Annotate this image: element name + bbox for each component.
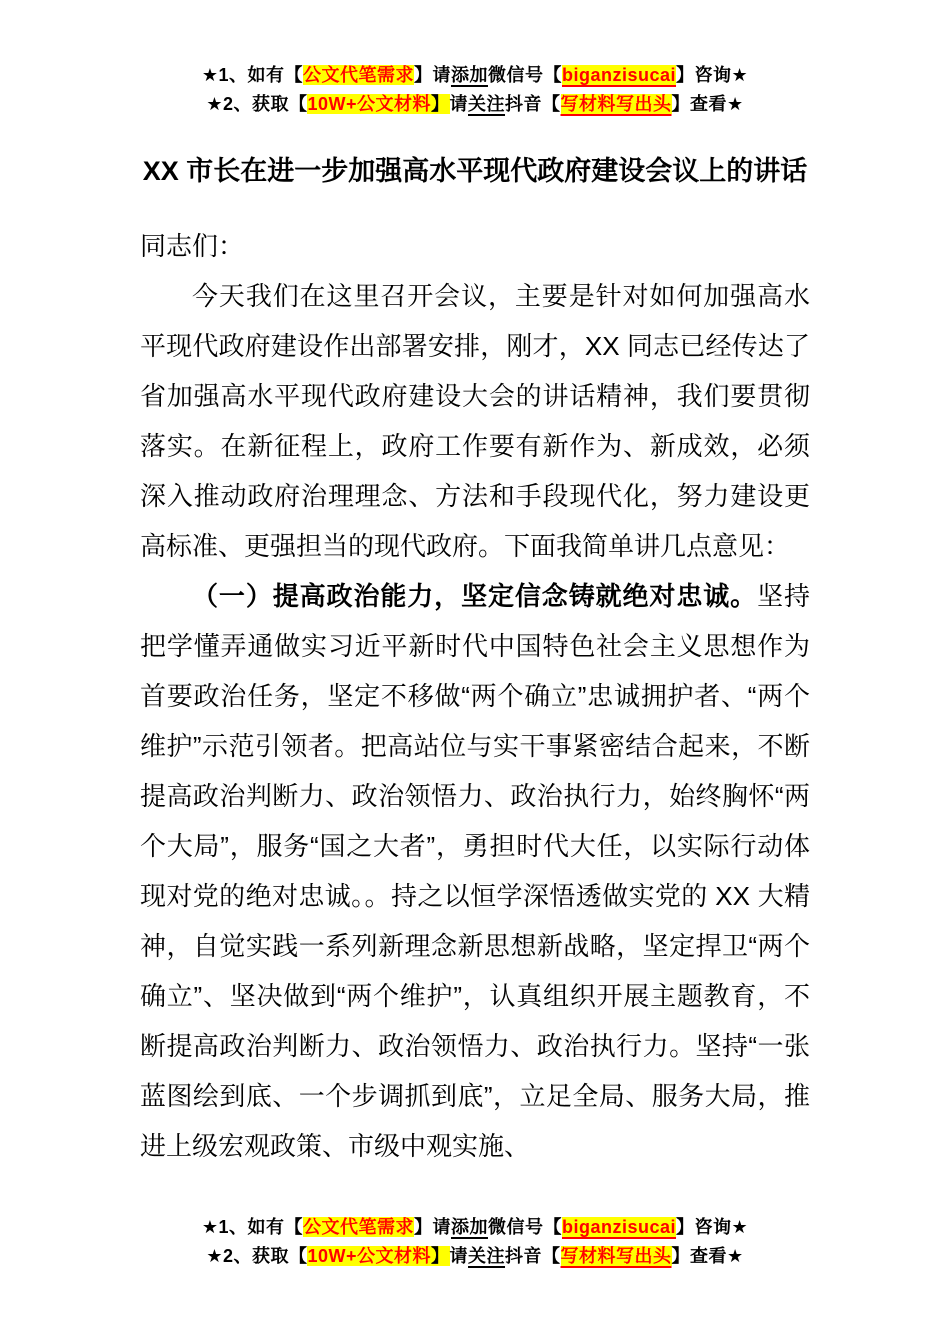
paragraph: 同志们： [140,221,810,271]
promo-text-run: 10W+公文材料 [307,1246,431,1266]
text-run: 坚持把学懂弄通做实习近平新时代中国特色社会主义思想作为首要政治任务，坚定不移做“… [140,581,810,1161]
promo-banner-footer: ★1、如有【公文代笔需求】请添加微信号【biganzisucai】咨询★★2、获… [0,1213,950,1271]
promo-text-run: 】 [431,1246,450,1266]
promo-text-run: 请 [450,1246,469,1266]
promo-text-run: 写材料写出头 [561,94,672,114]
promo-text-run: 公文代笔需求 [303,65,414,85]
promo-line: ★2、获取【10W+公文材料】请关注抖音【写材料写出头】查看★ [0,1242,950,1271]
promo-text-run: 微信号【 [488,65,562,85]
paragraph: 今天我们在这里召开会议，主要是针对如何加强高水平现代政府建设作出部署安排，刚才，… [140,271,810,571]
promo-text-run: 关注 [468,1246,505,1266]
promo-text-run: 】咨询★ [676,65,748,85]
promo-text-run: 抖音【 [505,94,561,114]
document-title: XX 市长在进一步加强高水平现代政府建设会议上的讲话 [0,149,950,188]
promo-text-run: ★2、获取【 [206,94,307,114]
promo-text-run: 微信号【 [488,1217,562,1237]
promo-text-run: 】查看★ [672,1246,744,1266]
promo-text-run: 】请 [414,1217,451,1237]
promo-line: ★2、获取【10W+公文材料】请关注抖音【写材料写出头】查看★ [0,90,950,119]
promo-text-run: 】请 [414,65,451,85]
promo-text-run: 公文代笔需求 [303,1217,414,1237]
promo-text-run: 关注 [468,94,505,114]
text-run: （一）提高政治能力，坚定信念铸就绝对忠诚。 [192,581,757,611]
promo-text-run: 】 [431,94,450,114]
promo-text-run: ★1、如有【 [202,65,303,85]
promo-text-run: ★2、获取【 [206,1246,307,1266]
promo-text-run: 】查看★ [672,94,744,114]
promo-banner-header: ★1、如有【公文代笔需求】请添加微信号【biganzisucai】咨询★★2、获… [0,61,950,119]
promo-text-run: 抖音【 [505,1246,561,1266]
promo-line: ★1、如有【公文代笔需求】请添加微信号【biganzisucai】咨询★ [0,61,950,90]
promo-text-run: biganzisucai [562,1217,676,1237]
text-run: 今天我们在这里召开会议，主要是针对如何加强高水平现代政府建设作出部署安排，刚才，… [140,281,810,561]
document-body: 同志们：今天我们在这里召开会议，主要是针对如何加强高水平现代政府建设作出部署安排… [140,221,810,1171]
promo-text-run: 添加 [451,1217,488,1237]
promo-text-run: 】咨询★ [676,1217,748,1237]
promo-text-run: 写材料写出头 [561,1246,672,1266]
paragraph: （一）提高政治能力，坚定信念铸就绝对忠诚。坚持把学懂弄通做实习近平新时代中国特色… [140,571,810,1171]
text-run: 同志们： [140,231,244,261]
promo-line: ★1、如有【公文代笔需求】请添加微信号【biganzisucai】咨询★ [0,1213,950,1242]
promo-text-run: biganzisucai [562,65,676,85]
document-page: ★1、如有【公文代笔需求】请添加微信号【biganzisucai】咨询★★2、获… [0,0,950,1344]
promo-text-run: 10W+公文材料 [307,94,431,114]
promo-text-run: ★1、如有【 [202,1217,303,1237]
promo-text-run: 请 [450,94,469,114]
promo-text-run: 添加 [451,65,488,85]
